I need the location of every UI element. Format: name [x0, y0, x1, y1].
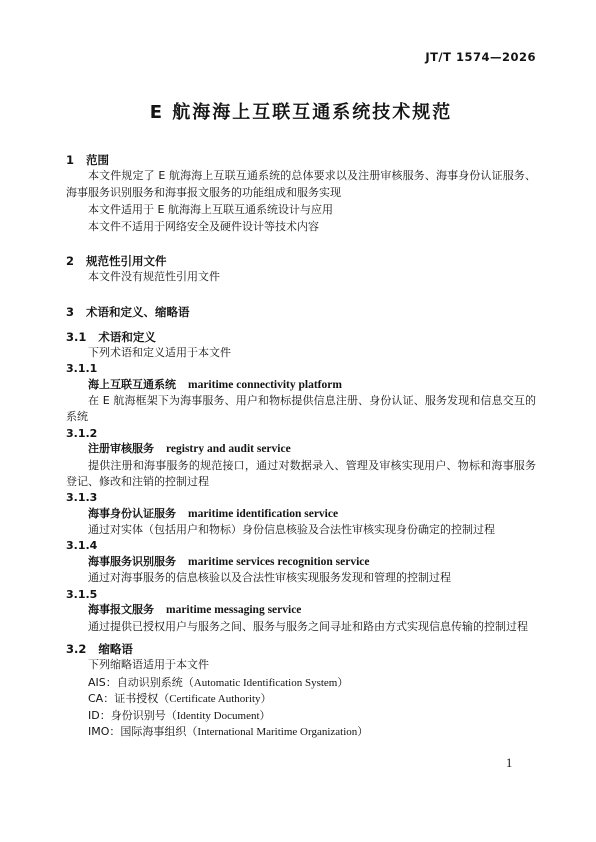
- term-name-zh: 海事报文服务: [88, 603, 154, 616]
- term-entry-3: 3.1.3 海事身份认证服务maritime identification se…: [66, 490, 536, 538]
- abbreviation-item-id: ID：身份识别号（Identity Document）: [66, 708, 536, 724]
- term-name-en: maritime identification service: [188, 508, 338, 520]
- terms-intro: 下列术语和定义适用于本文件: [66, 344, 536, 361]
- term-name-line: 注册审核服务registry and audit service: [66, 441, 536, 458]
- section-3-2-heading: 3.2缩略语: [66, 643, 536, 656]
- abbreviations-intro: 下列缩略语适用于本文件: [66, 656, 536, 673]
- section-3-title: 术语和定义、缩略语: [86, 305, 190, 319]
- term-name-en: maritime messaging service: [166, 604, 301, 616]
- term-entry-5: 3.1.5 海事报文服务maritime messaging service 通…: [66, 587, 536, 635]
- abbreviation-en: （Automatic Identification System）: [183, 677, 349, 689]
- section-2-title: 规范性引用文件: [86, 254, 167, 268]
- page-number: 1: [506, 756, 512, 770]
- term-number: 3.1.1: [66, 361, 536, 377]
- references-paragraph: 本文件没有规范性引用文件: [66, 268, 536, 285]
- abbreviation-item-ais: AIS：自动识别系统（Automatic Identification Syst…: [66, 675, 536, 691]
- abbreviation-en: （Certificate Authority）: [158, 693, 271, 705]
- document-title: E 航海海上互联互通系统技术规范: [66, 102, 536, 124]
- term-name-en: registry and audit service: [166, 443, 291, 455]
- section-1-number: 1: [66, 153, 74, 167]
- standard-code: JT/T 1574—2026: [66, 50, 536, 64]
- section-1-heading: 1范围: [66, 154, 536, 167]
- section-3-2-number: 3.2: [66, 642, 86, 656]
- scope-paragraph-1: 本文件规定了 E 航海海上互联互通系统的总体要求以及注册审核服务、海事身份认证服…: [66, 167, 536, 201]
- term-name-line: 海事身份认证服务maritime identification service: [66, 506, 536, 523]
- term-name-zh: 注册审核服务: [88, 442, 154, 455]
- term-entry-4: 3.1.4 海事服务识别服务maritime services recognit…: [66, 538, 536, 586]
- abbreviation-zh: IMO：国际海事组织: [88, 725, 186, 738]
- abbreviation-en: （Identity Document）: [166, 710, 271, 722]
- abbreviation-zh: AIS：自动识别系统: [88, 676, 183, 689]
- term-definition: 通过提供已授权用户与服务之间、服务与服务之间寻址和路由方式实现信息传输的控制过程: [66, 619, 536, 635]
- term-definition: 通过对实体（包括用户和物标）身份信息核验及合法性审核实现身份确定的控制过程: [66, 522, 536, 538]
- term-name-line: 海上互联互通系统maritime connectivity platform: [66, 377, 536, 394]
- abbreviation-item-ca: CA：证书授权（Certificate Authority）: [66, 691, 536, 707]
- term-name-line: 海事服务识别服务maritime services recognition se…: [66, 554, 536, 571]
- abbreviation-en: （International Maritime Organization）: [186, 726, 368, 738]
- section-3-heading: 3术语和定义、缩略语: [66, 306, 536, 319]
- term-name-zh: 海上互联互通系统: [88, 378, 176, 391]
- term-definition: 提供注册和海事服务的规范接口，通过对数据录入、管理及审核实现用户、物标和海事服务…: [66, 458, 536, 491]
- term-entry-1: 3.1.1 海上互联互通系统maritime connectivity plat…: [66, 361, 536, 426]
- section-2-heading: 2规范性引用文件: [66, 255, 536, 268]
- section-3-2-title: 缩略语: [98, 642, 133, 656]
- abbreviation-zh: ID：身份识别号: [88, 709, 166, 722]
- term-name-zh: 海事身份认证服务: [88, 507, 176, 520]
- term-name-en: maritime connectivity platform: [188, 379, 342, 391]
- section-3-1-title: 术语和定义: [98, 330, 156, 344]
- section-1-title: 范围: [86, 153, 109, 167]
- section-3-number: 3: [66, 305, 74, 319]
- term-name-en: maritime services recognition service: [188, 556, 369, 568]
- term-number: 3.1.4: [66, 538, 536, 554]
- abbreviation-zh: CA：证书授权: [88, 692, 158, 705]
- term-number: 3.1.3: [66, 490, 536, 506]
- document-page: JT/T 1574—2026 E 航海海上互联互通系统技术规范 1范围 本文件规…: [0, 0, 596, 842]
- term-number: 3.1.2: [66, 426, 536, 442]
- term-definition: 通过对海事服务的信息核验以及合法性审核实现服务发现和管理的控制过程: [66, 570, 536, 586]
- section-3-1-number: 3.1: [66, 330, 86, 344]
- term-definition: 在 E 航海框架下为海事服务、用户和物标提供信息注册、身份认证、服务发现和信息交…: [66, 393, 536, 426]
- abbreviation-item-imo: IMO：国际海事组织（International Maritime Organi…: [66, 724, 536, 740]
- section-3-1-heading: 3.1术语和定义: [66, 331, 536, 344]
- term-name-line: 海事报文服务maritime messaging service: [66, 602, 536, 619]
- scope-paragraph-2: 本文件适用于 E 航海海上互联互通系统设计与应用: [66, 201, 536, 218]
- term-entry-2: 3.1.2 注册审核服务registry and audit service 提…: [66, 426, 536, 491]
- scope-paragraph-3: 本文件不适用于网络安全及硬件设计等技术内容: [66, 218, 536, 235]
- term-name-zh: 海事服务识别服务: [88, 555, 176, 568]
- term-number: 3.1.5: [66, 587, 536, 603]
- section-2-number: 2: [66, 254, 74, 268]
